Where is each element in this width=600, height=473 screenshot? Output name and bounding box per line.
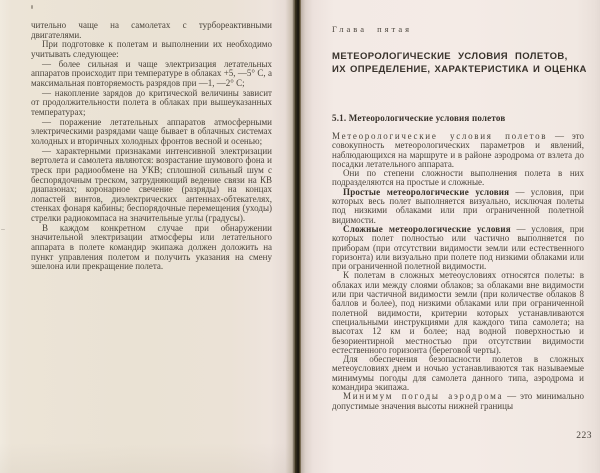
- left-page-text-column: чительно чаще на самолетах с турбореакти…: [31, 21, 272, 272]
- paragraph: Для обеспечения безопасности полетов в с…: [332, 355, 584, 392]
- paragraph: — накопление зарядов до критической вели…: [31, 89, 272, 118]
- paragraph: чительно чаще на самолетах с турбореакти…: [31, 21, 272, 40]
- paragraph-lead: Простые метеорологические условия: [343, 187, 509, 197]
- chapter-label: Глава пятая: [332, 24, 412, 34]
- chapter-title-line1: МЕТЕОРОЛОГИЧЕСКИЕ УСЛОВИЯ ПОЛЕТОВ,: [332, 50, 592, 63]
- paragraph-lead: Метеорологические условия полетов: [332, 131, 547, 141]
- paragraph: Метеорологические условия полетов — это …: [332, 132, 584, 169]
- section-heading: 5.1. Метеорологические условия полетов: [332, 113, 584, 123]
- right-page-text-column: Метеорологические условия полетов — это …: [332, 132, 584, 411]
- page-number: 223: [576, 431, 592, 441]
- paragraph: — характерными признаками интенсивной эл…: [31, 147, 272, 224]
- paragraph: При подготовке к полетам и выполнении их…: [31, 40, 272, 59]
- chapter-title: МЕТЕОРОЛОГИЧЕСКИЕ УСЛОВИЯ ПОЛЕТОВ, ИХ ОП…: [332, 50, 592, 76]
- chapter-title-line2: ИХ ОПРЕДЕЛЕНИЕ, ХАРАКТЕРИСТИКА И ОЦЕНКА: [332, 63, 592, 76]
- paragraph: К полетам в сложных метеоусловиях относя…: [332, 271, 584, 355]
- left-page: чительно чаще на самолетах с турбореакти…: [0, 0, 294, 473]
- paragraph-lead: Сложные метеорологические условия: [343, 224, 511, 234]
- book-spread: чительно чаще на самолетах с турбореакти…: [0, 0, 600, 473]
- book-gutter: [294, 0, 301, 473]
- paragraph: — более сильная и чаще электризация лета…: [31, 60, 272, 89]
- right-page: Глава пятая МЕТЕОРОЛОГИЧЕСКИЕ УСЛОВИЯ ПО…: [301, 0, 600, 473]
- scan-speck: [31, 5, 33, 9]
- paragraph: Минимум погоды аэродрома — это минимальн…: [332, 392, 584, 411]
- paragraph: Простые метеорологические условия — усло…: [332, 188, 584, 225]
- paragraph: — поражение летательных аппаратов атмосф…: [31, 118, 272, 147]
- paragraph: Они по степени сложности выполнения поле…: [332, 169, 584, 188]
- paragraph-lead: Минимум погоды аэродрома: [343, 391, 503, 401]
- paragraph: Сложные метеорологические условия — усло…: [332, 225, 584, 271]
- paragraph: В каждом конкретном случае при обнаружен…: [31, 224, 272, 272]
- scan-speck: [1, 229, 5, 230]
